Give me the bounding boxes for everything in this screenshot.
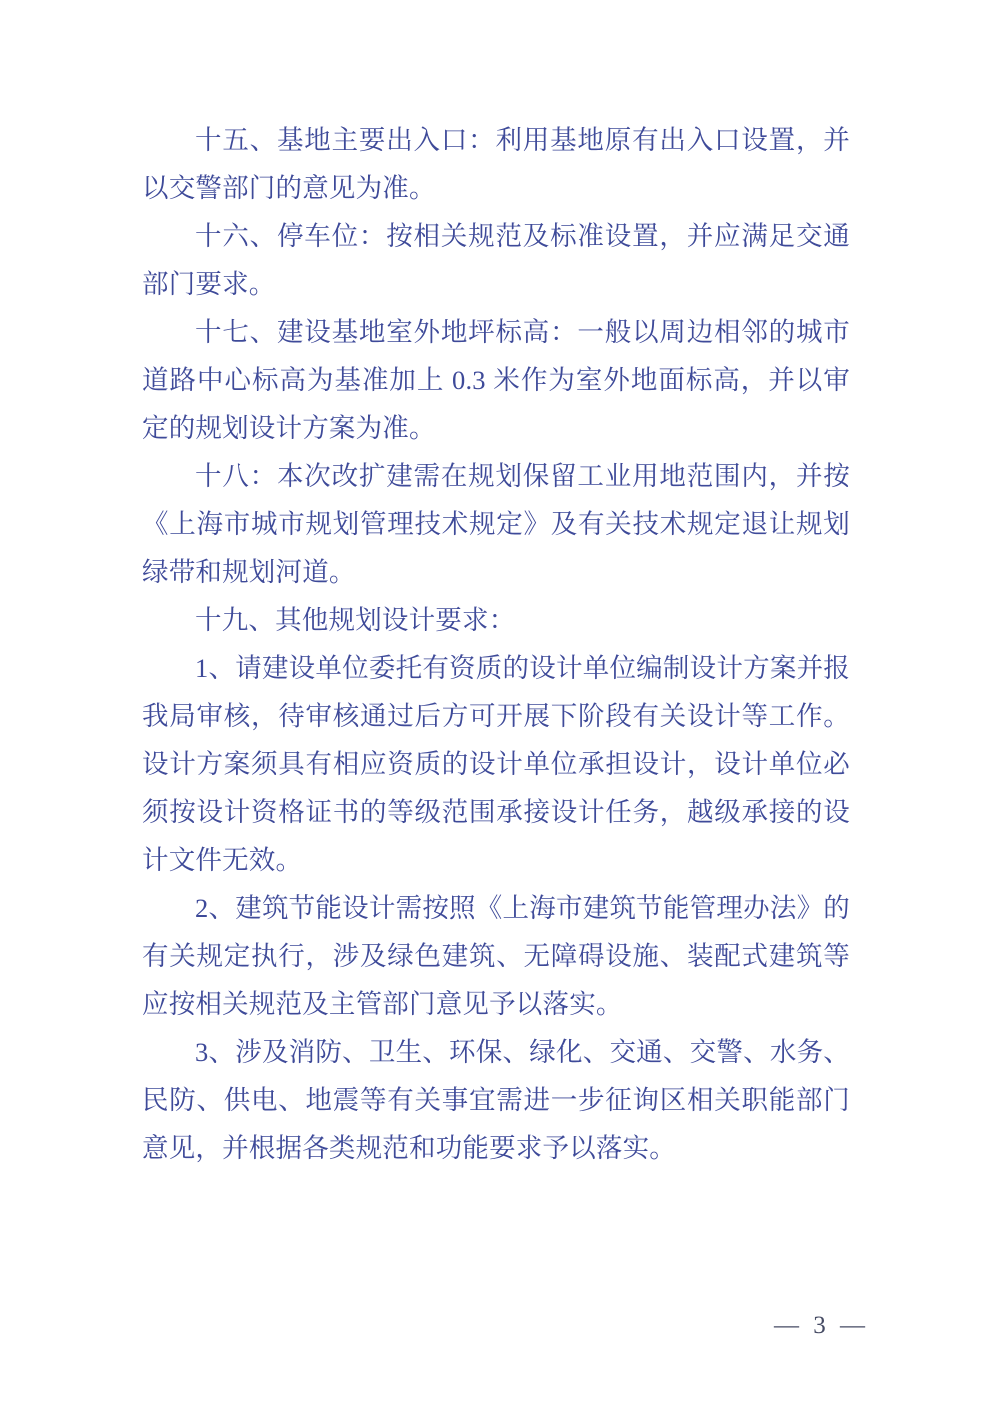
paragraph-clause-19-item-2: 2、建筑节能设计需按照《上海市建筑节能管理办法》的有关规定执行，涉及绿色建筑、无…: [142, 884, 850, 1028]
page-footer: — 3 —: [733, 1281, 869, 1371]
paragraph-clause-15: 十五、基地主要出入口：利用基地原有出入口设置，并以交警部门的意见为准。: [142, 116, 850, 212]
paragraph-clause-18: 十八：本次改扩建需在规划保留工业用地范围内，并按《上海市城市规划管理技术规定》及…: [142, 452, 850, 596]
paragraph-clause-19: 十九、其他规划设计要求：: [142, 596, 850, 644]
paragraph-clause-19-item-1: 1、请建设单位委托有资质的设计单位编制设计方案并报我局审核，待审核通过后方可开展…: [142, 644, 850, 884]
paragraph-clause-19-item-3: 3、涉及消防、卫生、环保、绿化、交通、交警、水务、民防、供电、地震等有关事宜需进…: [142, 1028, 850, 1172]
document-body: 十五、基地主要出入口：利用基地原有出入口设置，并以交警部门的意见为准。 十六、停…: [142, 116, 850, 1172]
paragraph-clause-16: 十六、停车位：按相关规范及标准设置，并应满足交通部门要求。: [142, 212, 850, 308]
paragraph-clause-17: 十七、建设基地室外地坪标高：一般以周边相邻的城市道路中心标高为基准加上 0.3 …: [142, 308, 850, 452]
page-number: — 3 —: [774, 1312, 869, 1339]
document-page: 十五、基地主要出入口：利用基地原有出入口设置，并以交警部门的意见为准。 十六、停…: [0, 0, 992, 1403]
